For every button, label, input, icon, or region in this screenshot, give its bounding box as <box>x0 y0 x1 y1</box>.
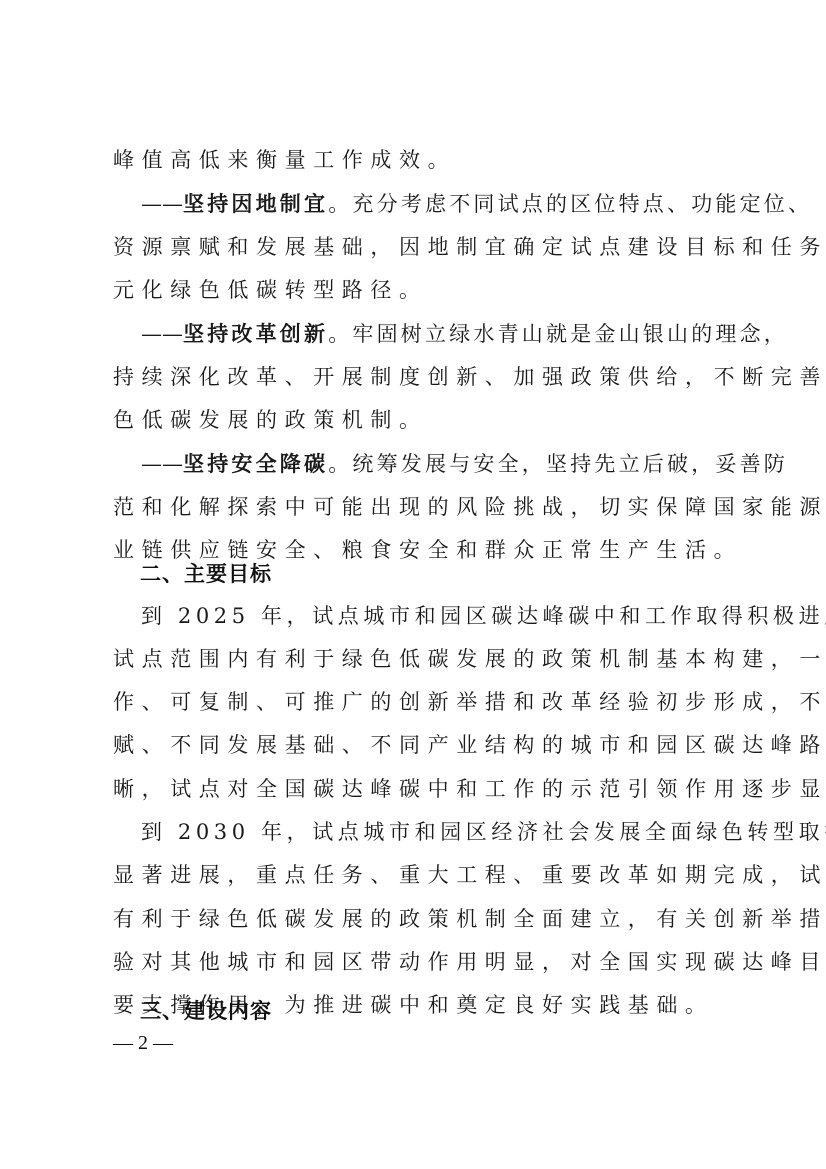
paragraph-line: 色低碳发展的政策机制。 <box>113 406 715 434</box>
line-text: 到 2025 年，试点城市和园区碳达峰碳中和工作取得积极进展， <box>113 604 826 628</box>
paragraph-line: 作、可复制、可推广的创新举措和改革经验初步形成，不同资源禀 <box>113 688 715 716</box>
principle-title: 坚持安全降碳 <box>183 451 328 476</box>
paragraph-line: 到 2030 年，试点城市和园区经济社会发展全面绿色转型取得 <box>113 818 715 846</box>
line-text: 色低碳发展的政策机制。 <box>113 408 428 432</box>
paragraph-line: 元化绿色低碳转型路径。 <box>113 276 715 304</box>
line-text: 验对其他城市和园区带动作用明显，对全国实现碳达峰目标发挥重 <box>113 950 826 974</box>
line-text: 试点范围内有利于绿色低碳发展的政策机制基本构建，一批可操 <box>113 647 826 671</box>
line-text: 业链供应链安全、粮食安全和群众正常生产生活。 <box>113 538 742 562</box>
paragraph-line: 晰，试点对全国碳达峰碳中和工作的示范引领作用逐步显现。 <box>113 775 715 803</box>
paragraph-line: 持续深化改革、开展制度创新、加强政策供给，不断完善有利于绿 <box>113 363 715 391</box>
section-heading-construction-content: 三、建设内容 <box>140 997 272 1025</box>
line-text: 晰，试点对全国碳达峰碳中和工作的示范引领作用逐步显现。 <box>113 777 826 801</box>
principle-title: 坚持因地制宜 <box>183 191 328 216</box>
paragraph-line: 试点范围内有利于绿色低碳发展的政策机制基本构建，一批可操 <box>113 645 715 673</box>
line-text: 作、可复制、可推广的创新举措和改革经验初步形成，不同资源禀 <box>113 690 826 714</box>
paragraph-line: 有利于绿色低碳发展的政策机制全面建立，有关创新举措和改革经 <box>113 905 715 933</box>
paragraph-line: 显著进展，重点任务、重大工程、重要改革如期完成，试点范围内 <box>113 861 715 889</box>
paragraph-line: ——坚持因地制宜。充分考虑不同试点的区位特点、功能定位、 <box>113 190 715 218</box>
em-dash-prefix: —— <box>113 452 183 476</box>
paragraph-line: 验对其他城市和园区带动作用明显，对全国实现碳达峰目标发挥重 <box>113 948 715 976</box>
line-text: 到 2030 年，试点城市和园区经济社会发展全面绿色转型取得 <box>113 820 826 844</box>
em-dash-prefix: —— <box>113 322 183 346</box>
line-text: 赋、不同发展基础、不同产业结构的城市和园区碳达峰路径基本清 <box>113 733 826 757</box>
principle-title: 坚持改革创新 <box>183 321 328 346</box>
line-text: 持续深化改革、开展制度创新、加强政策供给，不断完善有利于绿 <box>113 365 826 389</box>
page-number: — 2 — <box>113 1030 173 1056</box>
line-text: 有利于绿色低碳发展的政策机制全面建立，有关创新举措和改革经 <box>113 907 826 931</box>
principle-text: 。牢固树立绿水青山就是金山银山的理念， <box>328 322 788 346</box>
section-heading-main-goals: 二、主要目标 <box>140 560 272 588</box>
paragraph-line: 范和化解探索中可能出现的风险挑战，切实保障国家能源安全、产 <box>113 493 715 521</box>
paragraph-line: 到 2025 年，试点城市和园区碳达峰碳中和工作取得积极进展， <box>113 602 715 630</box>
paragraph-line: 峰值高低来衡量工作成效。 <box>113 146 715 174</box>
paragraph-line: 赋、不同发展基础、不同产业结构的城市和园区碳达峰路径基本清 <box>113 731 715 759</box>
line-text: 范和化解探索中可能出现的风险挑战，切实保障国家能源安全、产 <box>113 495 826 519</box>
line-text: 显著进展，重点任务、重大工程、重要改革如期完成，试点范围内 <box>113 863 826 887</box>
em-dash-prefix: —— <box>113 192 183 216</box>
paragraph-line: 资源禀赋和发展基础，因地制宜确定试点建设目标和任务，探索多 <box>113 233 715 261</box>
line-text: 峰值高低来衡量工作成效。 <box>113 148 456 172</box>
paragraph-line: ——坚持改革创新。牢固树立绿水青山就是金山银山的理念， <box>113 320 715 348</box>
paragraph-line: ——坚持安全降碳。统筹发展与安全，坚持先立后破，妥善防 <box>113 450 715 478</box>
line-text: 资源禀赋和发展基础，因地制宜确定试点建设目标和任务，探索多 <box>113 235 826 259</box>
line-text: 元化绿色低碳转型路径。 <box>113 278 428 302</box>
principle-text: 。充分考虑不同试点的区位特点、功能定位、 <box>328 192 812 216</box>
document-page: 峰值高低来衡量工作成效。——坚持因地制宜。充分考虑不同试点的区位特点、功能定位、… <box>0 0 826 1169</box>
principle-text: 。统筹发展与安全，坚持先立后破，妥善防 <box>328 452 788 476</box>
